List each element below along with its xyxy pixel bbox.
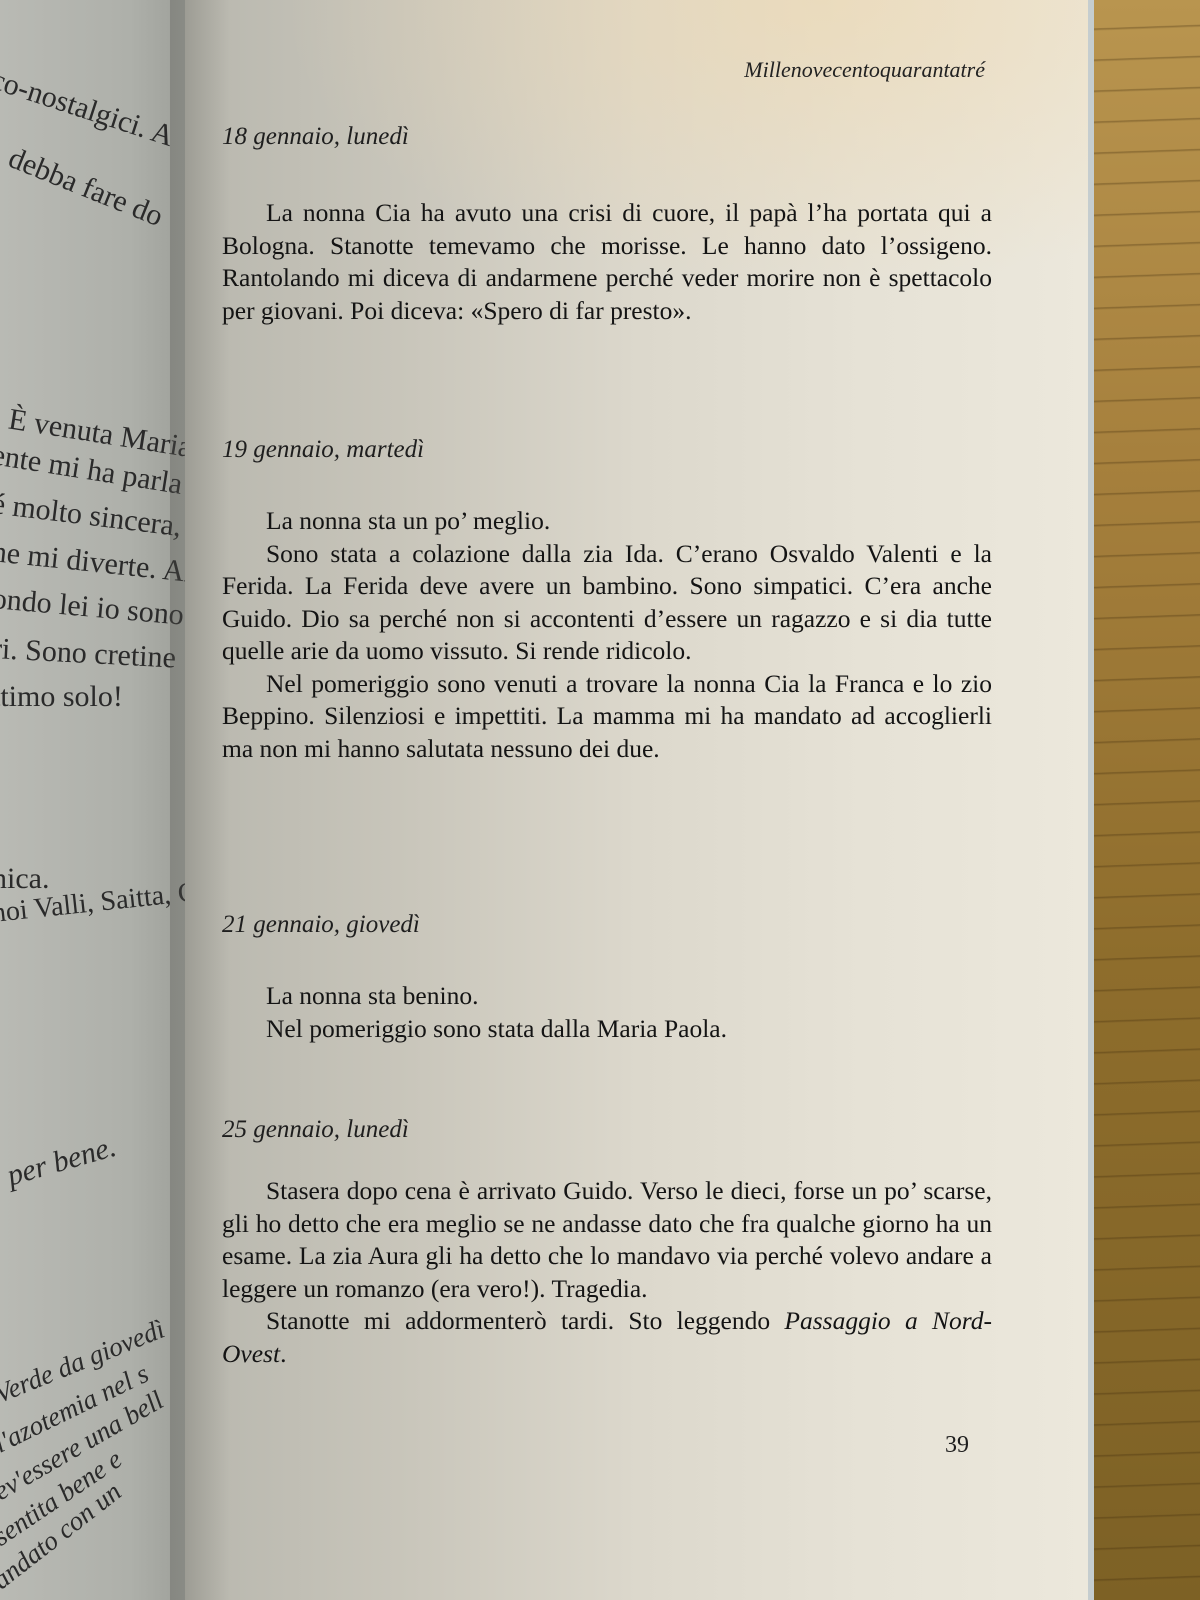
entry-paragraph: Nel pomeriggio sono stata dalla Maria Pa… <box>222 1013 992 1046</box>
entry-body: La nonna Cia ha avuto una crisi di cuore… <box>222 197 992 327</box>
left-page-fragment: ondo lei io sono i <box>0 582 185 634</box>
paragraph-text: Stanotte mi addormenterò tardi. Sto legg… <box>266 1306 784 1335</box>
entry-paragraph: La nonna sta benino. <box>222 980 992 1013</box>
entry-date: 19 gennaio, martedì <box>222 436 424 464</box>
entry-paragraph: Sono stata a colazione dalla zia Ida. C’… <box>222 538 992 668</box>
entry-body: La nonna sta benino. Nel pomeriggio sono… <box>222 980 992 1045</box>
left-page-fragment: ttimo solo! <box>0 680 123 714</box>
left-page-fragment: co-nostalgici. A <box>0 63 178 154</box>
entry-paragraph: La nonna sta un po’ meglio. <box>222 505 992 538</box>
wooden-table <box>1093 0 1200 1600</box>
entry-paragraph: La nonna Cia ha avuto una crisi di cuore… <box>222 197 992 327</box>
entry-paragraph-last: Stanotte mi addormenterò tardi. Sto legg… <box>222 1305 992 1370</box>
left-page-fragment: debba fare do <box>4 141 168 234</box>
paragraph-text: . <box>280 1339 286 1368</box>
entry-body: La nonna sta un po’ meglio. Sono stata a… <box>222 505 992 765</box>
left-page: co-nostalgici. A debba fare do . È venut… <box>0 0 185 1600</box>
left-page-fragment: nica. <box>0 862 49 896</box>
entry-date: 18 gennaio, lunedì <box>222 123 409 151</box>
left-page-fragment: he mi diverte. And <box>0 535 185 592</box>
entry-body: Stasera dopo cena è arrivato Guido. Vers… <box>222 1175 992 1370</box>
entry-paragraph: Nel pomeriggio sono venuti a trovare la … <box>222 668 992 766</box>
entry-date: 25 gennaio, lunedì <box>222 1116 409 1144</box>
page-number: 39 <box>945 1432 969 1459</box>
left-page-fragment: ri. Sono cretine <box>0 632 177 676</box>
left-page-fragment: per bene. <box>3 1130 120 1193</box>
running-head: Millenovecentoquarantatré <box>744 57 985 83</box>
entry-date: 21 gennaio, giovedì <box>222 911 420 939</box>
page-edge <box>1088 0 1094 1600</box>
entry-paragraph: Stasera dopo cena è arrivato Guido. Vers… <box>222 1175 992 1305</box>
